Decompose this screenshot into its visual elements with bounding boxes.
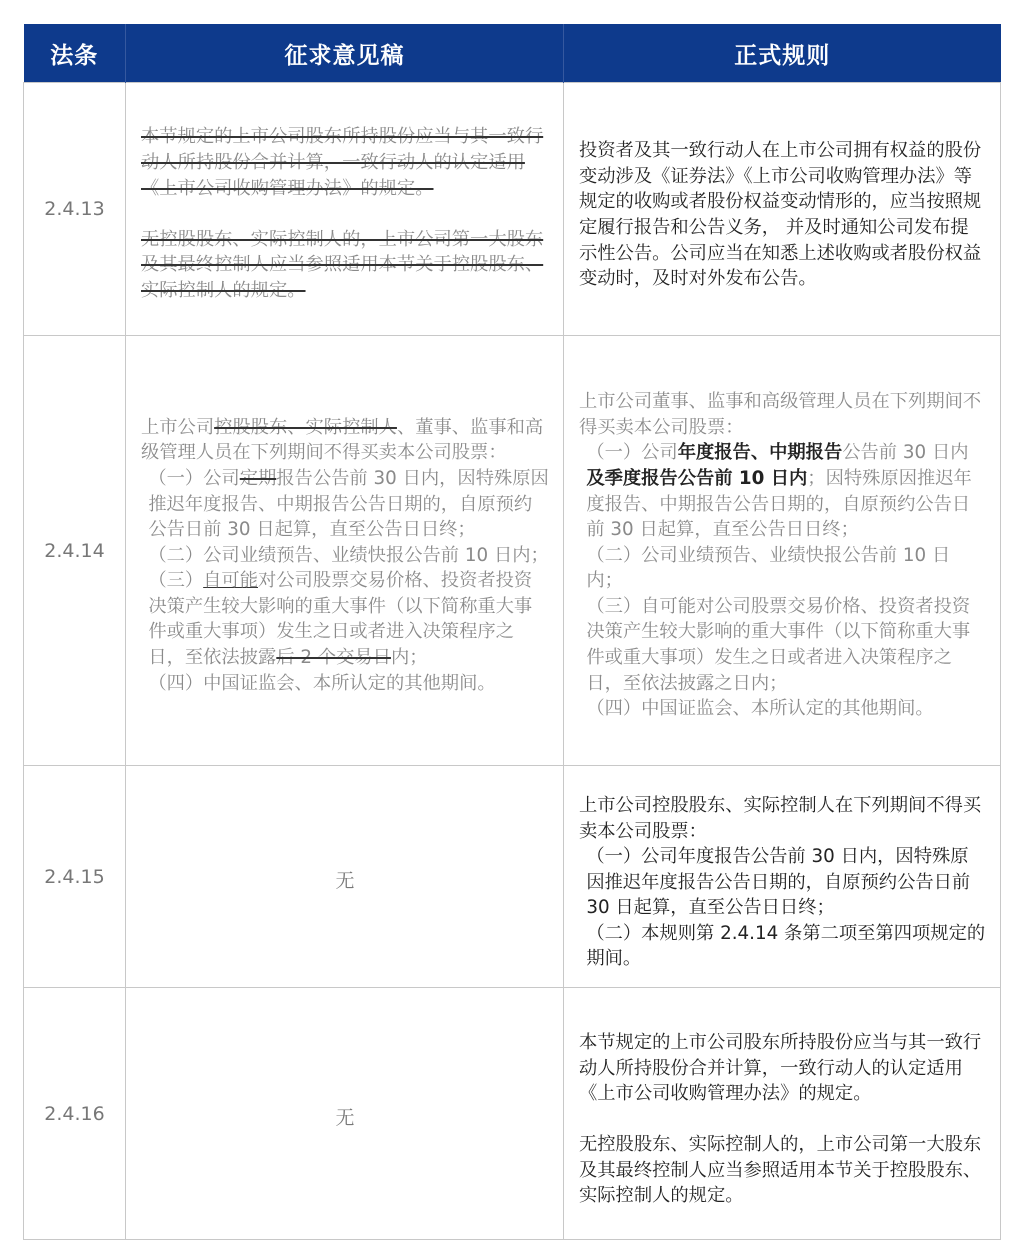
- deleted-text: 无控股股东、实际控制人的，上市公司第一大股东及其最终控制人应当参照适用本节关于控…: [141, 229, 543, 301]
- inserted-text: 自可能: [203, 570, 258, 591]
- final-cell: 上市公司董事、监事和高级管理人员在下列期间不得买卖本公司股票： （一）公司年度报…: [564, 336, 1001, 766]
- final-item: （三）自可能对公司股票交易价格、投资者投资决策产生较大影响的重大事件（以下简称重…: [579, 594, 986, 696]
- final-item: （二）公司业绩预告、业绩快报公告前 10 日内；: [579, 543, 986, 594]
- final-cell: 投资者及其一致行动人在上市公司拥有权益的股份变动涉及《证券法》《上市公司收购管理…: [564, 83, 1001, 336]
- article-number: 2.4.16: [24, 988, 126, 1240]
- final-paragraph: 上市公司董事、监事和高级管理人员在下列期间不得买卖本公司股票：: [579, 389, 986, 440]
- header-final: 正式规则: [564, 24, 1001, 83]
- draft-item: （二）公司业绩预告、业绩快报公告前 10 日内；: [141, 543, 549, 569]
- deleted-text: 控股股东、实际控制人: [214, 417, 397, 438]
- rules-comparison-table: 法条 征求意见稿 正式规则 2.4.13 本节规定的上市公司股东所持股份应当与其…: [23, 24, 1001, 1240]
- table-row: 2.4.14 上市公司控股股东、实际控制人、董事、监事和高级管理人员在下列期间不…: [24, 336, 1001, 766]
- table-row: 2.4.13 本节规定的上市公司股东所持股份应当与其一致行动人所持股份合并计算，…: [24, 83, 1001, 336]
- final-item: （四）中国证监会、本所认定的其他期间。: [579, 696, 986, 722]
- final-paragraph: 无控股股东、实际控制人的，上市公司第一大股东及其最终控制人应当参照适用本节关于控…: [579, 1132, 986, 1209]
- deleted-text: 后 2 个交易日: [276, 647, 391, 668]
- article-number: 2.4.14: [24, 336, 126, 766]
- final-text: （一）公司: [586, 442, 677, 463]
- changed-text: 及季度报告公告前 10 日内: [586, 468, 807, 489]
- header-draft: 征求意见稿: [126, 24, 564, 83]
- deleted-text: 定期: [240, 468, 277, 489]
- final-cell: 本节规定的上市公司股东所持股份应当与其一致行动人所持股份合并计算，一致行动人的认…: [564, 988, 1001, 1240]
- draft-item: （四）中国证监会、本所认定的其他期间。: [141, 671, 549, 697]
- final-text: 公告前 30 日内: [842, 442, 968, 463]
- draft-cell: 上市公司控股股东、实际控制人、董事、监事和高级管理人员在下列期间不得买卖本公司股…: [126, 336, 564, 766]
- header-row: 法条 征求意见稿 正式规则: [24, 24, 1001, 83]
- draft-text: 上市公司: [141, 417, 214, 438]
- table-row: 2.4.15 无 上市公司控股股东、实际控制人在下列期间不得买卖本公司股票： （…: [24, 766, 1001, 988]
- article-number: 2.4.15: [24, 766, 126, 988]
- draft-cell-none: 无: [126, 766, 564, 988]
- header-article: 法条: [24, 24, 126, 83]
- deleted-text: 本节规定的上市公司股东所持股份应当与其一致行动人所持股份合并计算，一致行动人的认…: [141, 126, 543, 198]
- final-paragraph: 投资者及其一致行动人在上市公司拥有权益的股份变动涉及《证券法》《上市公司收购管理…: [579, 138, 986, 292]
- draft-cell: 本节规定的上市公司股东所持股份应当与其一致行动人所持股份合并计算，一致行动人的认…: [126, 83, 564, 336]
- final-cell: 上市公司控股股东、实际控制人在下列期间不得买卖本公司股票： （一）公司年度报告公…: [564, 766, 1001, 988]
- final-item: （二）本规则第 2.4.14 条第二项至第四项规定的期间。: [579, 921, 986, 972]
- final-paragraph: 上市公司控股股东、实际控制人在下列期间不得买卖本公司股票：: [579, 793, 986, 844]
- draft-cell-none: 无: [126, 988, 564, 1240]
- draft-text: （一）公司: [148, 468, 239, 489]
- changed-text: 年度报告、中期报告: [678, 442, 843, 463]
- final-paragraph: 本节规定的上市公司股东所持股份应当与其一致行动人所持股份合并计算，一致行动人的认…: [579, 1030, 986, 1107]
- final-item: （一）公司年度报告公告前 30 日内，因特殊原因推迟年度报告公告日期的，自原预约…: [579, 844, 986, 921]
- draft-text: （三）: [148, 570, 203, 591]
- table-row: 2.4.16 无 本节规定的上市公司股东所持股份应当与其一致行动人所持股份合并计…: [24, 988, 1001, 1240]
- draft-text: 内；: [391, 647, 428, 668]
- article-number: 2.4.13: [24, 83, 126, 336]
